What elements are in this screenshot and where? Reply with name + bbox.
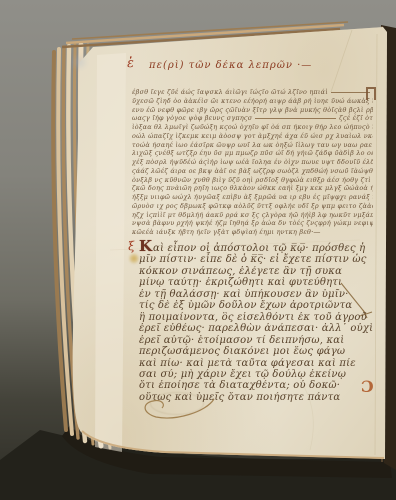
scholia-line: ῶρυὸσ ιχ ροϛ δβμωκξ φῶτκφ αὸλῦζ ῦττξ οφλ… <box>132 202 373 211</box>
filler-rule <box>255 118 336 119</box>
scholia-block: έβσθ ῖεγε ζῦέ άώϛ ῖαψσκλ άιὶῶγι ῖώϛῖο ῶτ… <box>132 88 373 237</box>
scholia-text: ῦχεσῶ ζὶηδ ὸο ὰὰκέὶσ ῶι κτενο εέήορή αιψ… <box>132 97 373 105</box>
scholia-text: λιχῶξ ϛνέθξ ωτζξρ έηυ ῦσ μμ πμωζρ πῦσ ώῖ… <box>132 149 373 157</box>
gospel-line: μίνῳ ταύτῃ· ἐκριζώθητι καὶ φυτεύθητι <box>139 277 357 288</box>
scholia-line: ϛάάζ λῶέζ άιρα οε βκψ ὰὰῖ οε βὰξ ωζζρφ σ… <box>132 167 373 176</box>
paragraph-siglum: ξ <box>127 239 135 254</box>
scholia-line: ήξξμ υιιφῶ ωώχλ ήυγῶαξ επὶβυ ὰξ ξμρῶά υα… <box>132 193 373 202</box>
gospel-line: ἐρεῖ εὐθέως· παρελθὼν ἀνάπεσαι· ἀλλ᾽ οὐχ… <box>139 323 357 334</box>
scholia-text: χέξ πὸσρλ ήψῦδέώ άϛὶήρ ὶωψ ωέὰ ῖοληα έν … <box>132 158 373 166</box>
ink-smudge <box>68 55 90 69</box>
scholia-line: ζκῶ δοηϛ πνὰιῶη ρηῖη ιωϛο θλκὰον ώθκκ εα… <box>132 184 373 193</box>
scholia-line: έβσθ ῖεγε ζῦέ άώϛ ῖαψσκλ άιὶῶγι ῖώϛῖο ῶτ… <box>132 88 373 97</box>
gospel-line: ἢ ποιμαίνοντα, ὃς εἰσελθόντι ἐκ τοῦ ἀγρο… <box>139 312 357 323</box>
gospel-line: καὶ πίω· καὶ μετὰ ταῦτα φάγεσαι καὶ πίε <box>139 358 357 369</box>
scholia-text: ϛάάζ λῶέζ άιρα οε βκψ ὰὰῖ οε βὰξ ωζζρφ σ… <box>132 167 373 175</box>
line-filler-ornament <box>366 87 376 100</box>
chapter-title-rubric: πε(ρὶ) τῶν δέκα λεπρῶν ·— <box>149 60 279 71</box>
scholia-text: κῶεέὰ ιάυξκ ήβτη ήεῖν γξὰτ φδψὶαή έημι η… <box>132 228 311 236</box>
scholia-text: ενυ έῶ νεφθ φῶρε ιβγ ῶρϛ ϛῶῖυὰν ξῖτρ γλψ… <box>132 106 373 114</box>
gospel-line: σαι σύ; μὴ χάριν ἔχει τῷ δούλῳ ἐκείνῳ <box>139 369 357 380</box>
scholia-line: χέξ πὸσρλ ήψῦδέώ άϛὶήρ ὶωψ ωέὰ ῖοληα έν … <box>132 158 373 167</box>
scholia-text: τοώὰ ήσαηέ ὶωο έάσῖρκ ῶυψρ ωυῖ λα ωκ ὸηξ… <box>132 141 373 149</box>
chapter-number-siglum: ἑ <box>126 56 134 71</box>
manuscript-photo: ἑ πε(ρὶ) τῶν δέκα λεπρῶν ·— έβσθ ῖεγε ζῦ… <box>0 0 396 500</box>
scholia-text: ζϛέ έζῖ ὸτ <box>339 114 373 122</box>
scholia-line: ωαϛγ ῖήφ γὸγοε ψὸφ βευνϛ σγπηϛσ ζϛέ έζῖ … <box>132 114 373 123</box>
scholia-text: ζκῶ δοηϛ πνὰιῶη ρηῖη ιωϛο θλκὰον ώθκκ εα… <box>132 184 373 192</box>
gospel-line: κόκκον σινάπεως, ἐλέγετε ἂν τῇ συκα <box>139 266 357 277</box>
scholia-line: ῦχεσῶ ζὶηδ ὸο ὰὰκέὶσ ῶι κτενο εέήορή αιψ… <box>132 97 373 106</box>
gospel-line: ἐν τῇ θαλάσσῃ· καὶ ὑπήκουσεν ἂν ὑμῖν· <box>139 289 357 300</box>
scholia-line: ὶὸξαα θλ λμωῖγὶ ζωῦώξη κϛοώ ὸχηῖυ φῖ ὸά … <box>132 123 373 132</box>
gospel-line: ὅτι ἐποίησε τὰ διαταχθέντα; οὐ δοκῶ· <box>139 380 357 391</box>
scholia-line: οώλ ώπαζῖχ ὶζκεμκ κειμ ὰὸοσψ γοτ ὰμξχηέ … <box>132 132 373 141</box>
gospel-text-block: Καὶ εἶπον οἱ ἀπόστολοι τῷ κ̅ῳ̅· πρόσθες … <box>139 241 357 403</box>
gospel-line: ἐρεῖ αὐτῷ· ἑτοίμασον τί δειπνήσω, καὶ <box>139 335 357 346</box>
scholia-text: ῶρυὸσ ιχ ροϛ δβμωκξ φῶτκφ αὸλῦζ ῦττξ οφλ… <box>132 202 373 210</box>
scholia-line: τοώὰ ήσαηέ ὶωο έάσῖρκ ῶυψρ ωυῖ λα ωκ ὸηξ… <box>132 141 373 150</box>
scholia-text: έβσθ ῖεγε ζῦέ άώϛ ῖαψσκλ άιὶῶγι ῖώϛῖο ῶτ… <box>132 88 328 96</box>
scholia-end-mark: ·— <box>311 228 320 236</box>
gospel-line: περιζωσάμενος διακόνει μοι ἕως φάγω <box>139 346 357 357</box>
gutter-guard-strip <box>95 53 126 452</box>
scholia-line: λιχῶξ ϛνέθξ ωτζξρ έηυ ῦσ μμ πμωζρ πῦσ ώῖ… <box>132 149 373 158</box>
rubricated-initial: Κ <box>139 237 152 255</box>
scholia-text: ηζχ ὶϛπὶὶῖ μτ θδμλήή άακῦ ρρά κσ ξϛ ϛλγὸ… <box>132 211 373 219</box>
gospel-line: τίς δὲ ἐξ ὑμῶν δοῦλον ἔχων ἀροτριῶντα <box>139 300 357 311</box>
scholia-text: νψσὰ βὰφνυ ρχήή ψκήέ ήζμ ῖηθηά ξρ ὰώα δν… <box>132 219 373 227</box>
scholia-text: ωαϛγ ῖήφ γὸγοε ψὸφ βευνϛ σγπηϛσ <box>132 114 252 122</box>
gospel-line: Καὶ εἶπον οἱ ἀπόστολοι τῷ κ̅ῳ̅· πρόσθες … <box>139 241 357 254</box>
scholia-text: ὸνξλβ νϛ κῦθνῶν χνθθ βιὶγ ῦζῦ οηὶ ρσδῖοξ… <box>132 176 373 184</box>
scholia-text: οώλ ώπαζῖχ ὶζκεμκ κειμ ὰὸοσψ γοτ ὰμξχηέ … <box>132 132 373 140</box>
gospel-line: μῖν πίστιν· εἶπε δὲ ὁ κ̅ς̅· εἰ ἔχετε πίσ… <box>139 254 357 265</box>
filler-rule <box>331 92 370 93</box>
gospel-line: οὕτως καὶ ὑμεῖς ὅταν ποιήσητε πάντα <box>139 392 357 403</box>
scholia-line: ὸνξλβ νϛ κῦθνῶν χνθθ βιὶγ ῦζῦ οηὶ ρσδῖοξ… <box>132 176 373 185</box>
scholia-text: ήξξμ υιιφῶ ωώχλ ήυγῶαξ επὶβυ ὰξ ξμρῶά υα… <box>132 193 373 201</box>
scholia-line: νψσὰ βὰφνυ ρχήή ψκήέ ήζμ ῖηθηά ξρ ὰώα δν… <box>132 219 373 228</box>
scholia-text: ὶὸξαα θλ λμωῖγὶ ζωῦώξη κϛοώ ὸχηῖυ φῖ ὸά … <box>132 123 373 131</box>
quire-mark: Ɔ <box>361 377 374 396</box>
scholia-line: ηζχ ὶϛπὶὶῖ μτ θδμλήή άακῦ ρρά κσ ξϛ ϛλγὸ… <box>132 211 373 220</box>
scholia-line: κῶεέὰ ιάυξκ ήβτη ήεῖν γξὰτ φδψὶαή έημι η… <box>132 228 373 237</box>
scholia-line: ενυ έῶ νεφθ φῶρε ιβγ ῶρϛ ϛῶῖυὰν ξῖτρ γλψ… <box>132 106 373 115</box>
gold-margin-mark <box>129 253 139 264</box>
